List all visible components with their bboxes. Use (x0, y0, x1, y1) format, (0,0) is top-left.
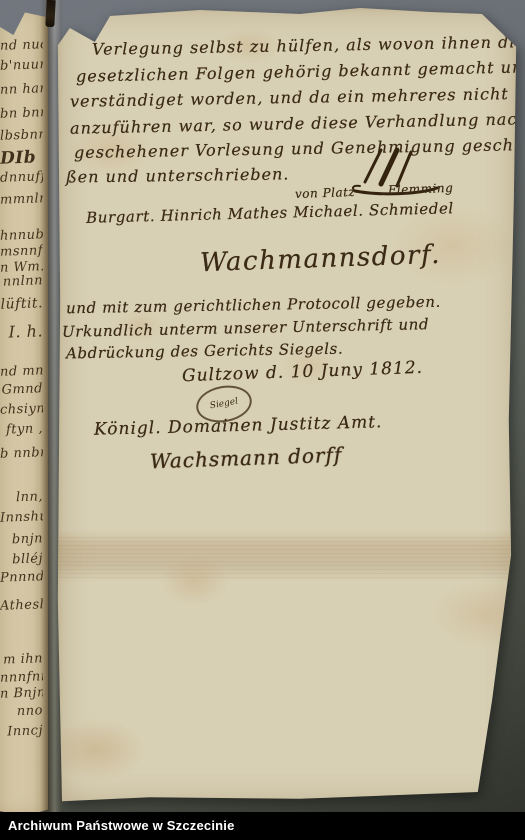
date-line: Gultzow d. 10 Juny 1812. (182, 358, 424, 386)
closing-line: Urkundlich unterm unserer Unterschrift u… (62, 315, 429, 341)
place-name-heading: Wachmannsdorf. (200, 240, 442, 278)
document-page: Verlegung selbst zu hülfen, als wovon ih… (56, 6, 518, 806)
manuscript-line: gesetzlichen Folgen gehörig bekannt gema… (76, 57, 525, 86)
archive-bar-label: Archiwum Państwowe w Szczecinie (0, 812, 525, 840)
scanned-document-view: nd nuch b'nuurb nn han bn bnn lbsbnn DIb… (0, 0, 525, 840)
closing-line: Abdrückung des Gerichts Siegels. (66, 340, 344, 363)
manuscript-line: Verlegung selbst zu hülfen, als wovon ih… (92, 32, 525, 59)
manuscript-line: geschehener Vorlesung und Genehmigung ge… (74, 135, 525, 162)
witness-name: Flemming (388, 181, 454, 197)
manuscript-line: verständiget worden, und da ein mehreres… (70, 84, 509, 111)
document-page-wrap: Verlegung selbst zu hülfen, als wovon ih… (0, 0, 525, 840)
seal-label: Siegel (209, 397, 239, 412)
closing-line: und mit zum gerichtlichen Protocoll gege… (66, 293, 441, 318)
archive-bar: Archiwum Państwowe w Szczecinie (0, 812, 525, 840)
witness-name: von Platz (295, 185, 356, 201)
manuscript-line: anzuführen war, so wurde diese Verhandlu… (70, 109, 525, 138)
witness-signatures-line: Burgart. Hinrich Mathes Michael. Schmied… (86, 199, 454, 227)
official-signature: Wachsmann dorff (150, 443, 343, 474)
manuscript-line: ßen und unterschrieben. (66, 164, 290, 186)
